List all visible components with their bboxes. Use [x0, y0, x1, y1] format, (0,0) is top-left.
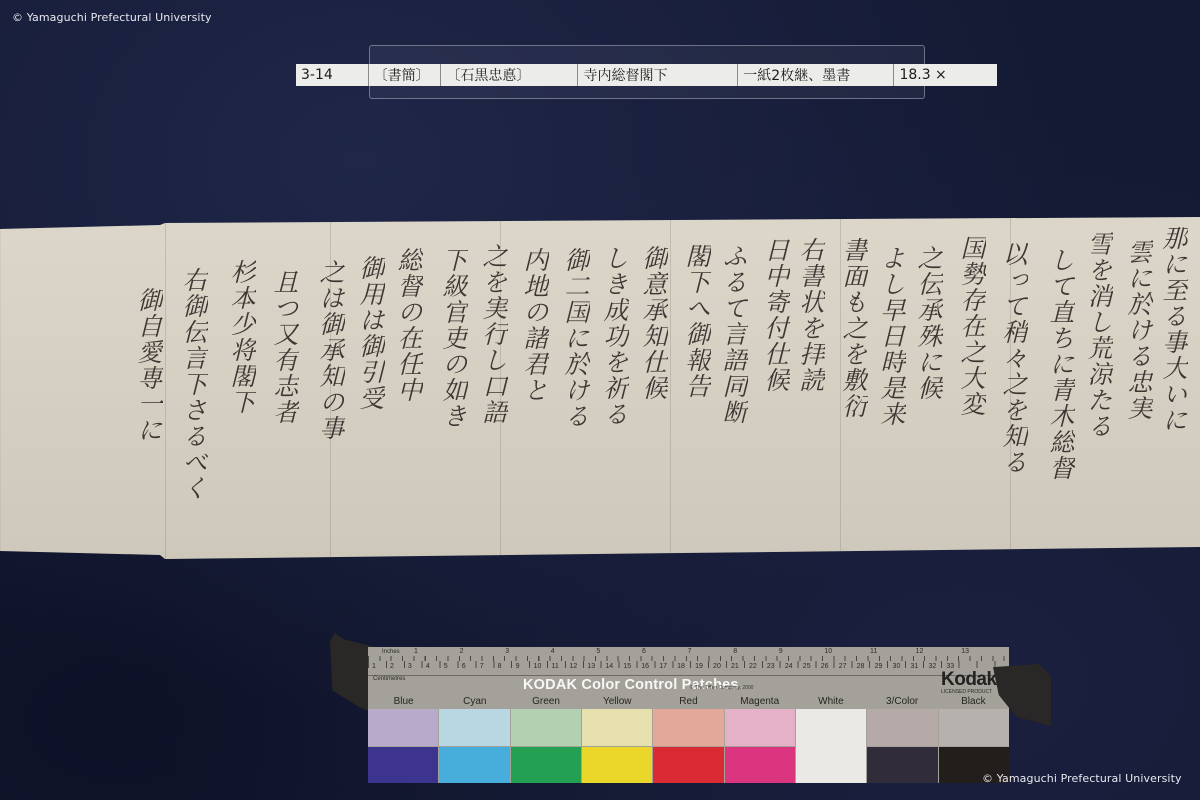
handwritten-column: 右御伝言下さるべく	[181, 267, 206, 501]
catalog-label-strip: 3-14〔書簡〕〔石黒忠悳〕寺内総督閣下一紙2枚継、墨書18.3 ×	[296, 64, 997, 86]
cm-tick-label: 15	[623, 663, 631, 670]
patch-label: White	[795, 696, 866, 709]
cm-tick-label: 4	[426, 663, 430, 670]
patch-names: BlueCyanGreenYellowRedMagentaWhite3/Colo…	[368, 696, 1009, 709]
patch-yellow	[582, 709, 652, 783]
inch-tick-label: 11	[870, 648, 877, 655]
label-cell: 一紙2枚継、墨書	[738, 64, 894, 86]
patch-label: Green	[510, 696, 581, 709]
color-patches	[368, 709, 1009, 783]
cm-tick-label: 18	[677, 663, 685, 670]
handwritten-column: 御用は御引受	[358, 255, 383, 411]
inch-tick-label: 3	[505, 648, 509, 655]
inch-tick-label: 10	[824, 648, 832, 655]
patch-swatch	[796, 709, 866, 783]
patch-label: Magenta	[724, 696, 795, 709]
cm-tick-label: 17	[659, 663, 667, 670]
handwritten-letter-scroll: 那に至る事大いに雲に於ける忠実雪を消し荒涼たるして直ちに青木総督以って稍々之を知…	[0, 217, 1200, 559]
inch-tick-label: 4	[551, 648, 555, 655]
cm-tick-label: 6	[462, 663, 466, 670]
handwritten-column: 以って稍々之を知る	[1001, 241, 1026, 475]
label-cell: 寺内総督閣下	[578, 64, 738, 86]
cm-tick-label: 21	[731, 663, 739, 670]
copyright-bottom: © Yamaguchi Prefectural University	[982, 772, 1182, 785]
inch-tick-label: 5	[596, 648, 600, 655]
cm-tick-label: 5	[444, 663, 448, 670]
handwritten-column: しき成功を祈る	[602, 245, 627, 427]
cm-tick-label: 13	[587, 663, 595, 670]
cm-tick-label: 1	[372, 663, 376, 670]
cm-tick-label: 2	[390, 663, 394, 670]
cm-tick-label: 28	[857, 663, 865, 670]
label-cell: 18.3 ×	[894, 64, 997, 86]
label-cell: 3-14	[296, 64, 369, 86]
handwritten-column: 御二国に於ける	[563, 247, 588, 429]
handwritten-column: 雪を消し荒涼たる	[1086, 231, 1111, 439]
handwritten-column: 総督の在任中	[396, 247, 421, 403]
patch-swatch-light	[511, 709, 581, 746]
cm-tick-label: 9	[516, 663, 520, 670]
patch-red	[653, 709, 723, 783]
cm-tick-label: 32	[928, 663, 936, 670]
cm-tick-label: 14	[605, 663, 613, 670]
ruler: Inches 123456789101112131234567891011121…	[368, 647, 1009, 676]
paper-fold	[670, 217, 671, 559]
patch-swatch-dark	[653, 747, 723, 784]
inch-tick-label: 12	[916, 648, 924, 655]
copyright-top: © Yamaguchi Prefectural University	[12, 11, 212, 24]
handwritten-column: 之は御承知の事	[318, 259, 343, 441]
centimetres-label: Centimetres	[373, 676, 405, 682]
patch-swatch-light	[439, 709, 509, 746]
cm-tick-label: 26	[821, 663, 829, 670]
handwritten-column: 閣下へ御報告	[684, 243, 709, 399]
cm-tick-label: 24	[785, 663, 793, 670]
licensed-product-text: LICENSED PRODUCT	[941, 689, 992, 695]
handwritten-column: 且つ又有志者	[272, 269, 297, 425]
patch-swatch-dark	[582, 747, 652, 784]
inches-label: Inches	[382, 649, 400, 655]
paper-fold	[165, 217, 166, 559]
patch-swatch-dark	[439, 747, 509, 784]
handwritten-column: ふるて言語同断	[721, 243, 746, 425]
handwritten-column: 杉本少将閣下	[229, 259, 254, 415]
patch-swatch-light	[867, 709, 937, 746]
cm-tick-label: 3	[408, 663, 412, 670]
handwritten-column: 国勢存在之大変	[959, 235, 984, 417]
inch-tick-label: 7	[688, 648, 692, 655]
handwritten-column: して直ちに青木総督	[1048, 247, 1073, 481]
patch-label: Cyan	[439, 696, 510, 709]
patch-swatch-light	[939, 709, 1009, 746]
cm-tick-label: 11	[552, 663, 559, 670]
handwritten-column: 之を実行し口語	[481, 243, 506, 425]
cm-tick-label: 16	[641, 663, 649, 670]
cm-tick-label: 25	[803, 663, 811, 670]
label-cell: 〔石黒忠悳〕	[441, 64, 578, 86]
cm-tick-label: 12	[569, 663, 577, 670]
patch-label: Black	[938, 696, 1009, 709]
patch-swatch-light	[368, 709, 438, 746]
label-cell: 〔書簡〕	[369, 64, 442, 86]
handwritten-column: 日中寄付仕候	[763, 237, 788, 393]
handwritten-column: 那に至る事大いに	[1161, 225, 1186, 433]
inch-tick-label: 9	[779, 648, 783, 655]
kodak-logo: Kodak	[941, 669, 997, 691]
handwritten-column: 雲に於ける忠実	[1126, 239, 1151, 421]
cm-tick-label: 30	[893, 663, 901, 670]
patch-swatch-dark	[725, 747, 795, 784]
cm-tick-label: 27	[839, 663, 847, 670]
patch-swatch-light	[653, 709, 723, 746]
patch-label: Red	[653, 696, 724, 709]
cm-tick-label: 7	[480, 663, 484, 670]
handwritten-column: 下級官吏の如き	[441, 247, 466, 429]
patch-swatch-dark	[867, 747, 937, 784]
cm-tick-label: 10	[534, 663, 542, 670]
patch-blue	[368, 709, 438, 783]
inch-tick-label: 13	[961, 648, 969, 655]
cm-tick-label: 20	[713, 663, 721, 670]
cm-tick-label: 23	[767, 663, 775, 670]
cm-tick-label: 29	[875, 663, 883, 670]
handwritten-column: よし早日時是来	[879, 245, 904, 427]
patch-3-color	[867, 709, 937, 783]
inch-tick-label: 1	[414, 648, 418, 655]
patch-swatch-dark	[511, 747, 581, 784]
cm-tick-label: 19	[695, 663, 703, 670]
kodak-color-control-strip: Inches 123456789101112131234567891011121…	[368, 647, 1009, 783]
handwritten-column: 書面も之を敷衍	[841, 237, 866, 419]
patch-swatch-light	[725, 709, 795, 746]
patch-label: Yellow	[582, 696, 653, 709]
inch-tick-label: 6	[642, 648, 646, 655]
patch-cyan	[439, 709, 509, 783]
inch-tick-label: 8	[733, 648, 737, 655]
handwritten-column: 右書状を拝読	[798, 237, 823, 393]
patch-green	[511, 709, 581, 783]
cm-tick-label: 8	[498, 663, 502, 670]
patch-swatch-light	[582, 709, 652, 746]
patch-magenta	[725, 709, 795, 783]
patch-swatch-dark	[368, 747, 438, 784]
patch-label: Blue	[368, 696, 439, 709]
cm-tick-label: 22	[749, 663, 757, 670]
cm-tick-label: 31	[911, 663, 919, 670]
handwritten-column: 御自愛専一に	[136, 287, 161, 443]
handwritten-column: 之伝承殊に候	[916, 245, 941, 401]
inch-tick-label: 2	[460, 648, 464, 655]
patch-white	[796, 709, 866, 783]
patch-label: 3/Color	[867, 696, 938, 709]
tiffen-copyright: © The Tiffen Company, 2000	[690, 685, 753, 691]
handwritten-column: 御意承知仕候	[641, 245, 666, 401]
handwritten-column: 内地の諸君と	[522, 247, 547, 403]
